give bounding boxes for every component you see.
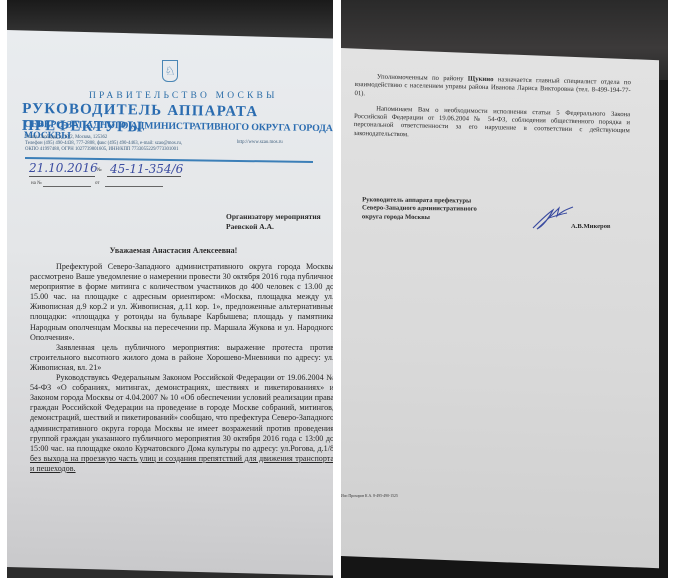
executor-contact: Исп Прохоров К.А. 8-495-490-1525 — [341, 494, 398, 498]
right-page-content: Уполномоченным по району Щукино назначае… — [341, 0, 668, 578]
moscow-coat-of-arms-icon: ♘ — [162, 60, 178, 82]
number-label: № — [97, 168, 102, 173]
paragraph-reminder: Напоминаем Вам о необходимости исполнени… — [354, 105, 631, 144]
signer-title: Руководитель аппарата префектуры Северо-… — [362, 196, 477, 222]
letter-body-continued: Уполномоченным по району Щукино назначае… — [353, 73, 631, 151]
date-underline — [29, 176, 95, 177]
district-name: Щукино — [468, 76, 494, 84]
website-url: http://www.szao.mos.ru — [237, 140, 283, 146]
reply-from-label: от — [95, 181, 100, 186]
left-page-content: ♘ ПРАВИТЕЛЬСТВО МОСКВЫ РУКОВОДИТЕЛЬ АППА… — [7, 0, 333, 578]
decision-text: Руководствуясь Федеральным Законом Росси… — [30, 373, 333, 453]
reply-to-label: на № — [31, 181, 42, 186]
decision-condition: без выхода на проезжую часть улиц и созд… — [30, 454, 333, 473]
right-page-photo: Уполномоченным по району Щукино назначае… — [341, 0, 668, 578]
paragraph-purpose: Заявленная цель публичного мероприятия: … — [30, 343, 333, 373]
government-name: ПРАВИТЕЛЬСТВО МОСКВЫ — [89, 91, 278, 101]
paragraph-decision: Руководствуясь Федеральным Законом Росси… — [30, 373, 333, 474]
paragraph-representative: Уполномоченным по району Щукино назначае… — [354, 73, 630, 104]
registration-line: ОКПО 41997488, ОГРН 1027739801605, ИНН/К… — [25, 147, 315, 153]
addressee-name: Раевской А.А. — [226, 222, 321, 232]
handwritten-number: 45-11-354/6 — [110, 162, 183, 176]
reply-to-line — [43, 186, 91, 187]
addressee-role: Организатору мероприятия — [226, 212, 321, 222]
left-page-photo: ♘ ПРАВИТЕЛЬСТВО МОСКВЫ РУКОВОДИТЕЛЬ АППА… — [7, 0, 333, 578]
addressee: Организатору мероприятия Раевской А.А. — [226, 212, 321, 232]
reply-from-line — [105, 186, 163, 187]
signer-name: А.В.Микеров — [571, 223, 610, 230]
number-underline — [107, 176, 181, 177]
paragraph-notification: Префектурой Северо-Западного администрат… — [30, 262, 333, 343]
collage-gutter — [333, 0, 341, 578]
handwritten-date: 21.10.2016 — [29, 161, 98, 175]
signer-title-line: округа города Москвы — [362, 213, 477, 223]
letter-body: Префектурой Северо-Западного администрат… — [30, 262, 333, 474]
salutation: Уважаемая Анастасия Алексеевна! — [7, 246, 333, 255]
letterhead-address: Улица Свободы, д. 13/2, Москва, 125362 Т… — [25, 135, 315, 153]
